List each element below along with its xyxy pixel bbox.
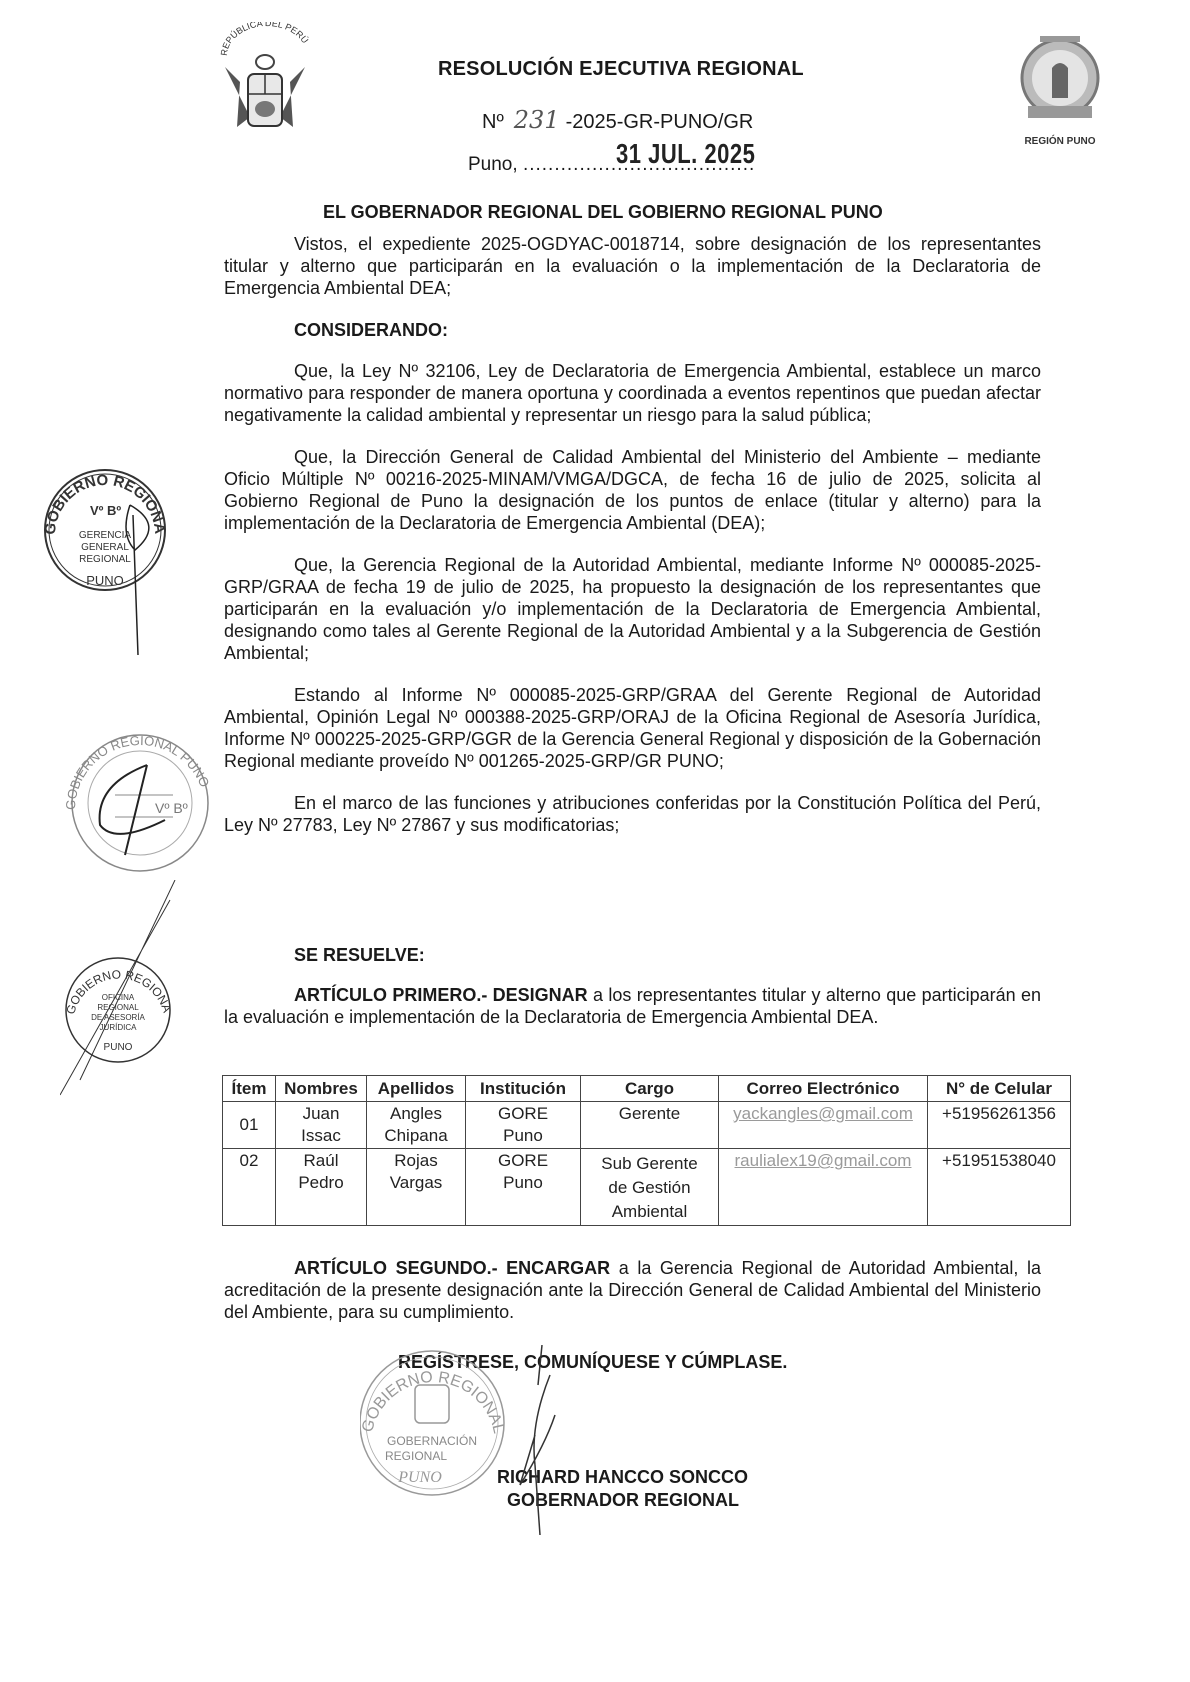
- svg-text:REGIONAL: REGIONAL: [79, 554, 131, 565]
- date-dotted-line: .....................................: [523, 154, 755, 175]
- place-label: Puno,: [468, 154, 518, 175]
- handwritten-number: 231: [514, 106, 560, 134]
- svg-text:REGIONAL: REGIONAL: [97, 1003, 139, 1012]
- considerando-heading: CONSIDERANDO:: [294, 320, 448, 341]
- number-prefix: Nº: [482, 111, 504, 133]
- cell-apellidos: AnglesChipana: [367, 1102, 466, 1149]
- region-puno-logo: REGIÓN PUNO: [1000, 28, 1120, 148]
- svg-text:PUNO: PUNO: [104, 1042, 133, 1053]
- considerando-paragraph-1: Que, la Ley Nº 32106, Ley de Declaratori…: [224, 360, 1041, 426]
- cell-celular: +51956261356: [928, 1102, 1071, 1149]
- stamp-asesoria-juridica-icon: GOBIERNO REGIONAL OFICINA REGIONAL DE AS…: [60, 880, 210, 1100]
- cell-correo: raulialex19@gmail.com: [719, 1149, 928, 1226]
- stamp-gobernacion-icon: GOBIERNO REGIONAL GOBERNACIÓN REGIONAL P…: [360, 1345, 560, 1535]
- considerando-section: Que, la Ley Nº 32106, Ley de Declaratori…: [224, 360, 1041, 856]
- table-row: 02 RaúlPedro RojasVargas GOREPuno Sub Ge…: [223, 1149, 1071, 1226]
- cell-cargo: Gerente: [581, 1102, 719, 1149]
- svg-text:GOBIERNO REGIONAL PUNO: GOBIERNO REGIONAL PUNO: [63, 733, 213, 810]
- svg-text:GERENCIA: GERENCIA: [79, 530, 132, 541]
- issuer-heading: EL GOBERNADOR REGIONAL DEL GOBIERNO REGI…: [323, 202, 883, 223]
- considerando-paragraph-4: Estando al Informe Nº 000085-2025-GRP/GR…: [224, 684, 1041, 772]
- svg-text:DE ASESORÍA: DE ASESORÍA: [91, 1013, 145, 1022]
- articulo-primero: ARTÍCULO PRIMERO.- DESIGNAR a los repres…: [224, 984, 1041, 1028]
- cell-nombres: RaúlPedro: [276, 1149, 367, 1226]
- stamp-gerencia-general-icon: GOBIERNO REGIONAL Vº Bº GERENCIA GENERAL…: [35, 455, 185, 665]
- svg-text:PUNO: PUNO: [397, 1469, 442, 1486]
- svg-text:GOBIERNO REGIONAL: GOBIERNO REGIONAL: [360, 1369, 507, 1435]
- cell-apellidos: RojasVargas: [367, 1149, 466, 1226]
- number-suffix: -2025-GR-PUNO/GR: [566, 111, 754, 133]
- cell-institucion: GOREPuno: [466, 1102, 581, 1149]
- articulo-segundo-label: ARTÍCULO SEGUNDO.- ENCARGAR: [294, 1258, 610, 1278]
- cell-item: 02: [223, 1149, 276, 1226]
- peru-coat-of-arms-logo: REPÚBLICA DEL PERÚ: [215, 22, 315, 142]
- col-nombres: Nombres: [276, 1076, 367, 1102]
- table-row: 01 JuanIssac AnglesChipana GOREPuno Gere…: [223, 1102, 1071, 1149]
- representatives-table: Ítem Nombres Apellidos Institución Cargo…: [222, 1075, 1071, 1226]
- col-institucion: Institución: [466, 1076, 581, 1102]
- cell-institucion: GOREPuno: [466, 1149, 581, 1226]
- cell-item: 01: [223, 1102, 276, 1149]
- col-apellidos: Apellidos: [367, 1076, 466, 1102]
- svg-text:OFICINA: OFICINA: [102, 993, 135, 1002]
- svg-text:Vº Bº: Vº Bº: [90, 503, 121, 518]
- col-item: Ítem: [223, 1076, 276, 1102]
- cell-nombres: JuanIssac: [276, 1102, 367, 1149]
- resolution-number: Nº231-2025-GR-PUNO/GR: [482, 106, 753, 134]
- svg-text:PUNO: PUNO: [86, 573, 124, 588]
- svg-text:GENERAL: GENERAL: [81, 542, 129, 553]
- vistos-paragraph: Vistos, el expediente 2025-OGDYAC-001871…: [224, 233, 1041, 299]
- considerando-paragraph-2: Que, la Dirección General de Calidad Amb…: [224, 446, 1041, 534]
- considerando-paragraph-3: Que, la Gerencia Regional de la Autorida…: [224, 554, 1041, 664]
- vistos-section: Vistos, el expediente 2025-OGDYAC-001871…: [224, 233, 1041, 319]
- cell-correo: yackangles@gmail.com: [719, 1102, 928, 1149]
- stamp-autoridad-ambiental-icon: GOBIERNO REGIONAL PUNO Vº Bº: [55, 725, 225, 905]
- svg-text:REPÚBLICA DEL PERÚ: REPÚBLICA DEL PERÚ: [219, 22, 310, 56]
- svg-text:GOBERNACIÓN: GOBERNACIÓN: [387, 1433, 477, 1448]
- considerando-paragraph-5: En el marco de las funciones y atribucio…: [224, 792, 1041, 836]
- articulo-segundo: ARTÍCULO SEGUNDO.- ENCARGAR a la Gerenci…: [224, 1257, 1041, 1323]
- col-correo: Correo Electrónico: [719, 1076, 928, 1102]
- cell-celular: +51951538040: [928, 1149, 1071, 1226]
- cell-cargo: Sub Gerentede GestiónAmbiental: [581, 1149, 719, 1226]
- svg-text:REGIONAL: REGIONAL: [385, 1449, 447, 1463]
- email-link[interactable]: raulialex19@gmail.com: [735, 1151, 912, 1170]
- col-celular: N° de Celular: [928, 1076, 1071, 1102]
- region-puno-caption: REGIÓN PUNO: [1000, 136, 1120, 147]
- place-date-line: Puno, ..................................…: [468, 154, 755, 176]
- articulo-primero-label: ARTÍCULO PRIMERO.- DESIGNAR: [294, 985, 588, 1005]
- email-link[interactable]: yackangles@gmail.com: [733, 1104, 913, 1123]
- document-title: RESOLUCIÓN EJECUTIVA REGIONAL: [438, 58, 804, 81]
- se-resuelve-heading: SE RESUELVE:: [294, 945, 425, 966]
- seal-left-text: REPÚBLICA DEL PERÚ: [219, 22, 310, 56]
- table-header-row: Ítem Nombres Apellidos Institución Cargo…: [223, 1076, 1071, 1102]
- col-cargo: Cargo: [581, 1076, 719, 1102]
- svg-text:Vº Bº: Vº Bº: [155, 800, 188, 816]
